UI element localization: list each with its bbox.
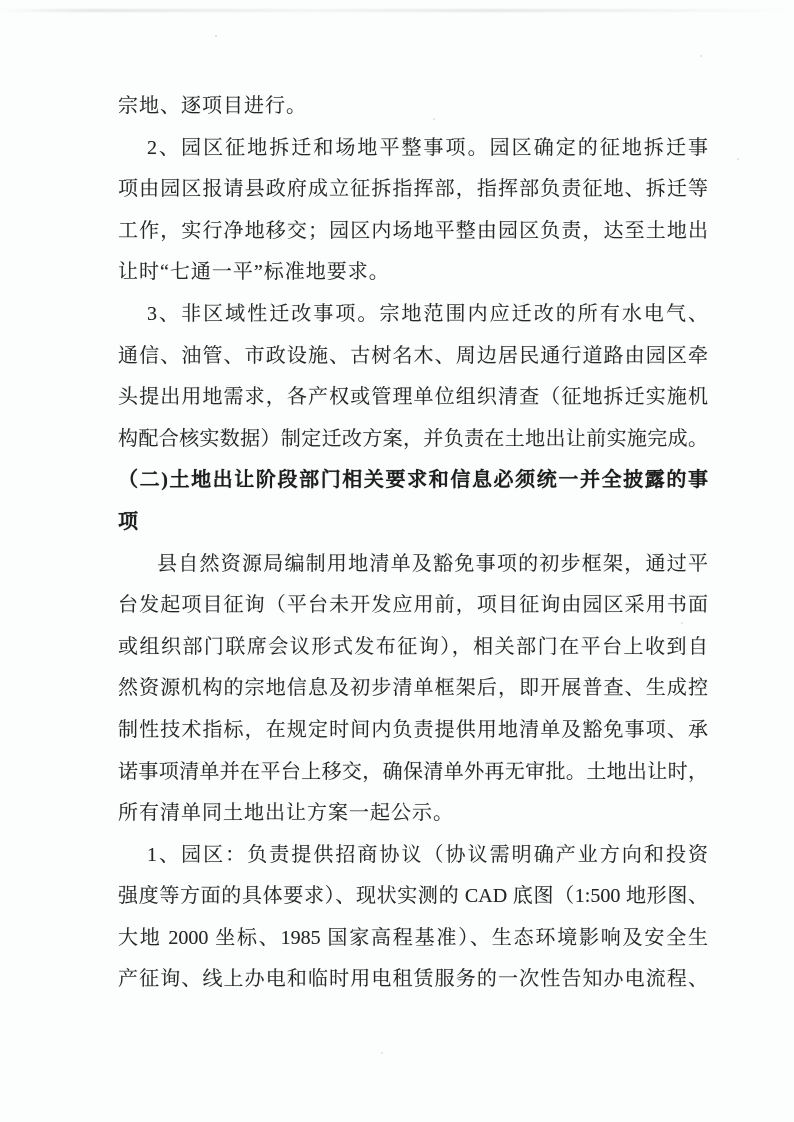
text-line: 台发起项目征询（平台未开发应用前，项目征询由园区采用书面: [118, 585, 708, 627]
text-line: 大地 2000 坐标、1985 国家高程基准）、生态环境影响及安全生: [118, 918, 708, 960]
paragraph: 3、非区域性迁改事项。宗地范围内应迁改的所有水电气、通信、油管、市政设施、古树名…: [118, 294, 708, 460]
document-text: 宗地、逐项目进行。2、园区征地拆迁和场地平整事项。园区确定的征地拆迁事项由园区报…: [118, 86, 708, 1001]
text-line: 头提出用地需求，各产权或管理单位组织清查（征地拆迁实施机: [118, 377, 708, 419]
section-heading: （二)土地出让阶段部门相关要求和信息必须统一并全披露的事项: [118, 460, 708, 543]
text-line: 1、园区：负责提供招商协议（协议需明确产业方向和投资: [118, 835, 708, 877]
paragraph: 县自然资源局编制用地清单及豁免事项的初步框架，通过平台发起项目征询（平台未开发应…: [118, 544, 708, 835]
text-line: 诺事项清单并在平台上移交，确保清单外再无审批。土地出让时，: [118, 752, 708, 794]
text-line: 县自然资源局编制用地清单及豁免事项的初步框架，通过平: [118, 544, 708, 586]
text-line: 产征询、线上办电和临时用电租赁服务的一次性告知办电流程、: [118, 959, 708, 1001]
scan-noise-speckles: [0, 0, 2, 2]
text-line: （二)土地出让阶段部门相关要求和信息必须统一并全披露的事: [118, 460, 708, 502]
text-line: 3、非区域性迁改事项。宗地范围内应迁改的所有水电气、: [118, 294, 708, 336]
text-line: 所有清单同土地出让方案一起公示。: [118, 793, 708, 835]
text-line: 制性技术指标，在规定时间内负责提供用地清单及豁免事项、承: [118, 710, 708, 752]
text-line: 通信、油管、市政设施、古树名木、周边居民通行道路由园区牵: [118, 336, 708, 378]
scan-edge-artifact: [0, 9, 794, 12]
text-line: 宗地、逐项目进行。: [118, 86, 708, 128]
text-line: 或组织部门联席会议形式发布征询），相关部门在平台上收到自: [118, 627, 708, 669]
text-line: 工作，实行净地移交；园区内场地平整由园区负责，达至土地出: [118, 211, 708, 253]
text-line: 项由园区报请县政府成立征拆指挥部，指挥部负责征地、拆迁等: [118, 169, 708, 211]
document-page: 宗地、逐项目进行。2、园区征地拆迁和场地平整事项。园区确定的征地拆迁事项由园区报…: [0, 0, 794, 1122]
text-line: 项: [118, 502, 708, 544]
paragraph: 2、园区征地拆迁和场地平整事项。园区确定的征地拆迁事项由园区报请县政府成立征拆指…: [118, 128, 708, 294]
paragraph: 宗地、逐项目进行。: [118, 86, 708, 128]
text-line: 强度等方面的具体要求）、现状实测的 CAD 底图（1:500 地形图、: [118, 876, 708, 918]
text-line: 让时“七通一平”标准地要求。: [118, 252, 708, 294]
text-line: 构配合核实数据）制定迁改方案，并负责在土地出让前实施完成。: [118, 419, 708, 461]
text-line: 然资源机构的宗地信息及初步清单框架后，即开展普查、生成控: [118, 668, 708, 710]
paragraph: 1、园区：负责提供招商协议（协议需明确产业方向和投资强度等方面的具体要求）、现状…: [118, 835, 708, 1001]
text-line: 2、园区征地拆迁和场地平整事项。园区确定的征地拆迁事: [118, 128, 708, 170]
